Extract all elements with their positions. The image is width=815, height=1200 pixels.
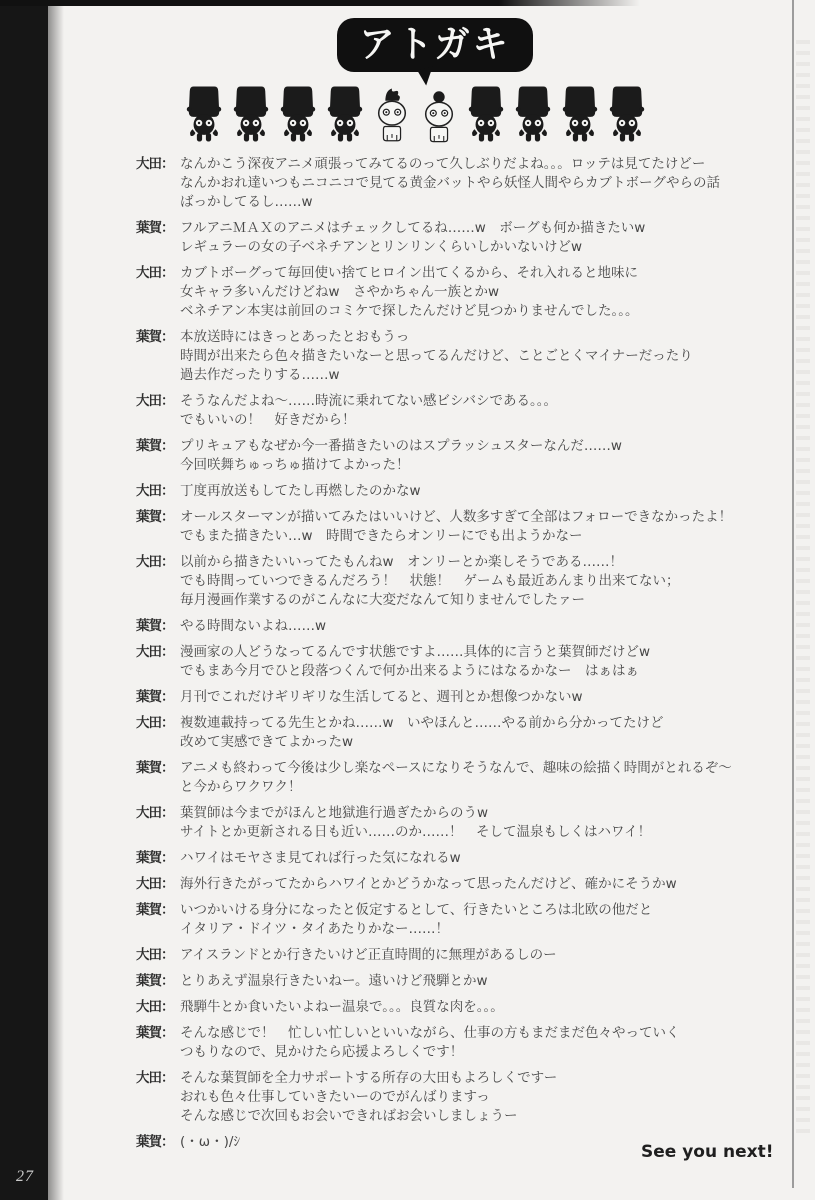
dialogue-lines: 葉賀師は今までがほんと地獄進行過ぎたからのうwサイトとか更新される日も近い……の… [180,804,736,842]
character-icons-row [150,82,680,150]
speaker-label: 大田： [136,946,180,965]
dialogue-lines: 漫画家の人どうなってるんです状態ですよ……具体的に言うと葉賀師だけどwでもまあ今… [180,643,736,681]
dialogue-line: イタリア・ドイツ・タイあたりかなー……！ [180,920,736,939]
speaker-label: 大田： [136,155,180,212]
page-number: 27 [16,1168,34,1186]
dialogue-line: ハワイはモヤさま見てれば行った気になれるw [180,849,736,868]
dialogue-entry: 大田： なんかこう深夜アニメ頑張ってみてるのって久しぶりだよね。。。ロッテは見て… [136,155,736,212]
dialogue-line: そんな葉賀師を全力サポートする所存の大田もよろしくですー [180,1069,736,1088]
dialogue-line: そんな感じで！ 忙しい忙しいといいながら、仕事の方もまだまだ色々やっていく [180,1024,736,1043]
dialogue-entry: 大田： 海外行きたがってたからハワイとかどうかなって思ったんだけど、確かにそうか… [136,875,736,894]
speaker-label: 葉賀： [136,219,180,257]
dialogue-entry: 大田： そうなんだよね〜……時流に乗れてない感ビシバシである。。。でもいいの！ … [136,392,736,430]
dialogue-line: いつかいける身分になったと仮定するとして、行きたいところは北欧の他だと [180,901,736,920]
bleed-through-text-strip [796,40,810,1140]
dialogue-line: カブトボーグって毎回使い捨てヒロイン出てくるから、それ入れると地味に [180,264,736,283]
dialogue-line: 月刊でこれだけギリギリな生活してると、週刊とか想像つかないw [180,688,736,707]
dialogue-entry: 大田： カブトボーグって毎回使い捨てヒロイン出てくるから、それ入れると地味に女キ… [136,264,736,321]
chibi-dark-character-icon-6 [514,82,552,146]
speaker-label: 葉賀： [136,972,180,991]
dialogue-line: やる時間ないよね……w [180,617,736,636]
dialogue-lines: やる時間ないよね……w [180,617,736,636]
chibi-light-spiky-hair-icon [373,86,411,146]
dialogue-line: でも時間っていつできるんだろう！ 状態！ ゲームも最近あんまり出来てない； [180,572,736,591]
page-spine [0,0,48,1200]
dialogue-line: 複数連載持ってる先生とかね……w いやほんと……やる前から分かってたけど [180,714,736,733]
dialogue-lines: そうなんだよね〜……時流に乗れてない感ビシバシである。。。でもいいの！ 好きだか… [180,392,736,430]
speaker-label: 大田： [136,1069,180,1126]
dialogue-lines: そんな葉賀師を全力サポートする所存の大田もよろしくですーおれも色々仕事していきた… [180,1069,736,1126]
chibi-dark-character-icon-4 [326,82,364,146]
dialogue-lines: いつかいける身分になったと仮定するとして、行きたいところは北欧の他だとイタリア・… [180,901,736,939]
dialogue-lines: 丁度再放送もしてたし再燃したのかなw [180,482,736,501]
page-edge-line [792,0,794,1188]
dialogue-line: 改めて実感できてよかったw [180,733,736,752]
speaker-label: 葉賀： [136,437,180,475]
speaker-label: 葉賀： [136,901,180,939]
dialogue-lines: 海外行きたがってたからハワイとかどうかなって思ったんだけど、確かにそうかw [180,875,736,894]
dialogue-entry: 大田： 葉賀師は今までがほんと地獄進行過ぎたからのうwサイトとか更新される日も近… [136,804,736,842]
dialogue-entry: 葉賀： プリキュアもなぜか今一番描きたいのはスプラッシュスターなんだ……w今回咲… [136,437,736,475]
chibi-dark-character-icon-1 [185,82,223,146]
dialogue-line: フルアニＭＡＸのアニメはチェックしてるね……w ボーグも何か描きたいw [180,219,736,238]
dialogue-lines: 複数連載持ってる先生とかね……w いやほんと……やる前から分かってたけど改めて実… [180,714,736,752]
speaker-label: 葉賀： [136,617,180,636]
dialogue-entry: 大田： 以前から描きたいいってたもんねw オンリーとか楽しそうである……！でも時… [136,553,736,610]
dialogue-line: 時間が出来たら色々描きたいなーと思ってるんだけど、ことごとくマイナーだったり [180,347,736,366]
dialogue-line: と今からワクワク！ [180,778,736,797]
dialogue-line: 飛騨牛とか食いたいよねー温泉で。。。良質な肉を。。。 [180,998,736,1017]
speaker-label: 葉賀： [136,688,180,707]
dialogue-line: なんかこう深夜アニメ頑張ってみてるのって久しぶりだよね。。。ロッテは見てたけどー [180,155,736,174]
chibi-light-bun-hair-icon [420,86,458,146]
speaker-label: 大田： [136,804,180,842]
dialogue-line: とりあえず温泉行きたいねー。遠いけど飛騨とかw [180,972,736,991]
speaker-label: 大田： [136,553,180,610]
dialogue-line: でもいいの！ 好きだから！ [180,411,736,430]
dialogue-lines: アニメも終わって今後は少し楽なペースになりそうなんで、趣味の絵描く時間がとれるぞ… [180,759,736,797]
chibi-dark-character-icon-8 [608,82,646,146]
dialogue-lines: そんな感じで！ 忙しい忙しいといいながら、仕事の方もまだまだ色々やっていくつもり… [180,1024,736,1062]
dialogue-lines: プリキュアもなぜか今一番描きたいのはスプラッシュスターなんだ……w今回咲舞ちゅっ… [180,437,736,475]
dialogue-entry: 葉賀： 本放送時にはきっとあったとおもうっ時間が出来たら色々描きたいなーと思って… [136,328,736,385]
dialogue-line: でもまた描きたい…w 時間できたらオンリーにでも出ようかなー [180,527,736,546]
speaker-label: 大田： [136,264,180,321]
dialogue-entry: 大田： アイスランドとか行きたいけど正直時間的に無理があるしのー [136,946,736,965]
dialogue-line: 以前から描きたいいってたもんねw オンリーとか楽しそうである……！ [180,553,736,572]
dialogue-entry: 大田： 漫画家の人どうなってるんです状態ですよ……具体的に言うと葉賀師だけどwで… [136,643,736,681]
top-edge-shadow [0,0,640,6]
speaker-label: 葉賀： [136,759,180,797]
dialogue-line: レギュラーの女の子ベネチアンとリンリンくらいしかいないけどw [180,238,736,257]
dialogue-lines: ハワイはモヤさま見てれば行った気になれるw [180,849,736,868]
dialogue-lines: 本放送時にはきっとあったとおもうっ時間が出来たら色々描きたいなーと思ってるんだけ… [180,328,736,385]
speaker-label: 大田： [136,392,180,430]
dialogue-entry: 葉賀： そんな感じで！ 忙しい忙しいといいながら、仕事の方もまだまだ色々やってい… [136,1024,736,1062]
speaker-label: 大田： [136,482,180,501]
dialogue-line: ベネチアン本実は前回のコミケで探したんだけど見つかりませんでした。。。 [180,302,736,321]
dialogue-line: でもまあ今月でひと段落つくんで何か出来るようにはなるかなー はぁはぁ [180,662,736,681]
dialogue-line: おれも色々仕事していきたいーのでがんばりますっ [180,1088,736,1107]
dialogue-line: なんかおれ達いつもニコニコで見てる黄金バットやら妖怪人間やらカブトボーグやらの話 [180,174,736,193]
dialogue-line: 毎月漫画作業するのがこんなに大変だなんて知りませんでしたァー [180,591,736,610]
dialogue-entry: 葉賀： 月刊でこれだけギリギリな生活してると、週刊とか想像つかないw [136,688,736,707]
dialogue-entry: 葉賀： フルアニＭＡＸのアニメはチェックしてるね……w ボーグも何か描きたいwレ… [136,219,736,257]
speaker-label: 大田： [136,643,180,681]
afterword-title-logo: アトガキ [337,18,533,72]
dialogue-line: 漫画家の人どうなってるんです状態ですよ……具体的に言うと葉賀師だけどw [180,643,736,662]
dialogue-line: 丁度再放送もしてたし再燃したのかなw [180,482,736,501]
dialogue-line: プリキュアもなぜか今一番描きたいのはスプラッシュスターなんだ……w [180,437,736,456]
dialogue-lines: とりあえず温泉行きたいねー。遠いけど飛騨とかw [180,972,736,991]
speaker-label: 葉賀： [136,1133,180,1152]
dialogue-list: 大田： なんかこう深夜アニメ頑張ってみてるのって久しぶりだよね。。。ロッテは見て… [136,155,736,1159]
dialogue-line: つもりなので、見かけたら応援よろしくです！ [180,1043,736,1062]
speaker-label: 大田： [136,998,180,1017]
speaker-label: 葉賀： [136,328,180,385]
footer-see-you-next: See you next! [641,1142,773,1162]
chibi-dark-character-icon-5 [467,82,505,146]
speaker-label: 大田： [136,875,180,894]
dialogue-line: 葉賀師は今までがほんと地獄進行過ぎたからのうw [180,804,736,823]
dialogue-line: 海外行きたがってたからハワイとかどうかなって思ったんだけど、確かにそうかw [180,875,736,894]
afterword-title-text: アトガキ [360,27,511,64]
dialogue-entry: 葉賀： とりあえず温泉行きたいねー。遠いけど飛騨とかw [136,972,736,991]
dialogue-line: サイトとか更新される日も近い……のか……！ そして温泉もしくはハワイ！ [180,823,736,842]
speaker-label: 大田： [136,714,180,752]
dialogue-entry: 葉賀： やる時間ないよね……w [136,617,736,636]
speaker-label: 葉賀： [136,849,180,868]
dialogue-line: 本放送時にはきっとあったとおもうっ [180,328,736,347]
dialogue-lines: フルアニＭＡＸのアニメはチェックしてるね……w ボーグも何か描きたいwレギュラー… [180,219,736,257]
dialogue-line: そうなんだよね〜……時流に乗れてない感ビシバシである。。。 [180,392,736,411]
dialogue-entry: 葉賀： いつかいける身分になったと仮定するとして、行きたいところは北欧の他だとイ… [136,901,736,939]
dialogue-lines: 月刊でこれだけギリギリな生活してると、週刊とか想像つかないw [180,688,736,707]
speaker-label: 葉賀： [136,508,180,546]
dialogue-entry: 葉賀： アニメも終わって今後は少し楽なペースになりそうなんで、趣味の絵描く時間が… [136,759,736,797]
dialogue-lines: 以前から描きたいいってたもんねw オンリーとか楽しそうである……！でも時間ってい… [180,553,736,610]
dialogue-lines: アイスランドとか行きたいけど正直時間的に無理があるしのー [180,946,736,965]
dialogue-line: 過去作だったりする……w [180,366,736,385]
dialogue-entry: 葉賀： オールスターマンが描いてみたはいいけど、人数多すぎて全部はフォローできな… [136,508,736,546]
dialogue-lines: 飛騨牛とか食いたいよねー温泉で。。。良質な肉を。。。 [180,998,736,1017]
dialogue-lines: なんかこう深夜アニメ頑張ってみてるのって久しぶりだよね。。。ロッテは見てたけどー… [180,155,736,212]
chibi-dark-character-icon-2 [232,82,270,146]
chibi-dark-character-icon-3 [279,82,317,146]
chibi-dark-character-icon-7 [561,82,599,146]
dialogue-entry: 葉賀： ハワイはモヤさま見てれば行った気になれるw [136,849,736,868]
dialogue-line: ばっかしてるし……w [180,193,736,212]
dialogue-entry: 大田： そんな葉賀師を全力サポートする所存の大田もよろしくですーおれも色々仕事し… [136,1069,736,1126]
dialogue-lines: オールスターマンが描いてみたはいいけど、人数多すぎて全部はフォローできなかったよ… [180,508,736,546]
dialogue-line: そんな感じで次回もお会いできればお会いしましょうー [180,1107,736,1126]
dialogue-line: 今回咲舞ちゅっちゅ描けてよかった！ [180,456,736,475]
dialogue-lines: カブトボーグって毎回使い捨てヒロイン出てくるから、それ入れると地味に女キャラ多い… [180,264,736,321]
speaker-label: 葉賀： [136,1024,180,1062]
dialogue-line: オールスターマンが描いてみたはいいけど、人数多すぎて全部はフォローできなかったよ… [180,508,736,527]
dialogue-line: 女キャラ多いんだけどねw さやかちゃん一族とかw [180,283,736,302]
gutter-shadow [48,0,64,1200]
dialogue-line: アイスランドとか行きたいけど正直時間的に無理があるしのー [180,946,736,965]
dialogue-line: アニメも終わって今後は少し楽なペースになりそうなんで、趣味の絵描く時間がとれるぞ… [180,759,736,778]
dialogue-entry: 大田： 複数連載持ってる先生とかね……w いやほんと……やる前から分かってたけど… [136,714,736,752]
dialogue-entry: 大田： 飛騨牛とか食いたいよねー温泉で。。。良質な肉を。。。 [136,998,736,1017]
dialogue-entry: 大田： 丁度再放送もしてたし再燃したのかなw [136,482,736,501]
